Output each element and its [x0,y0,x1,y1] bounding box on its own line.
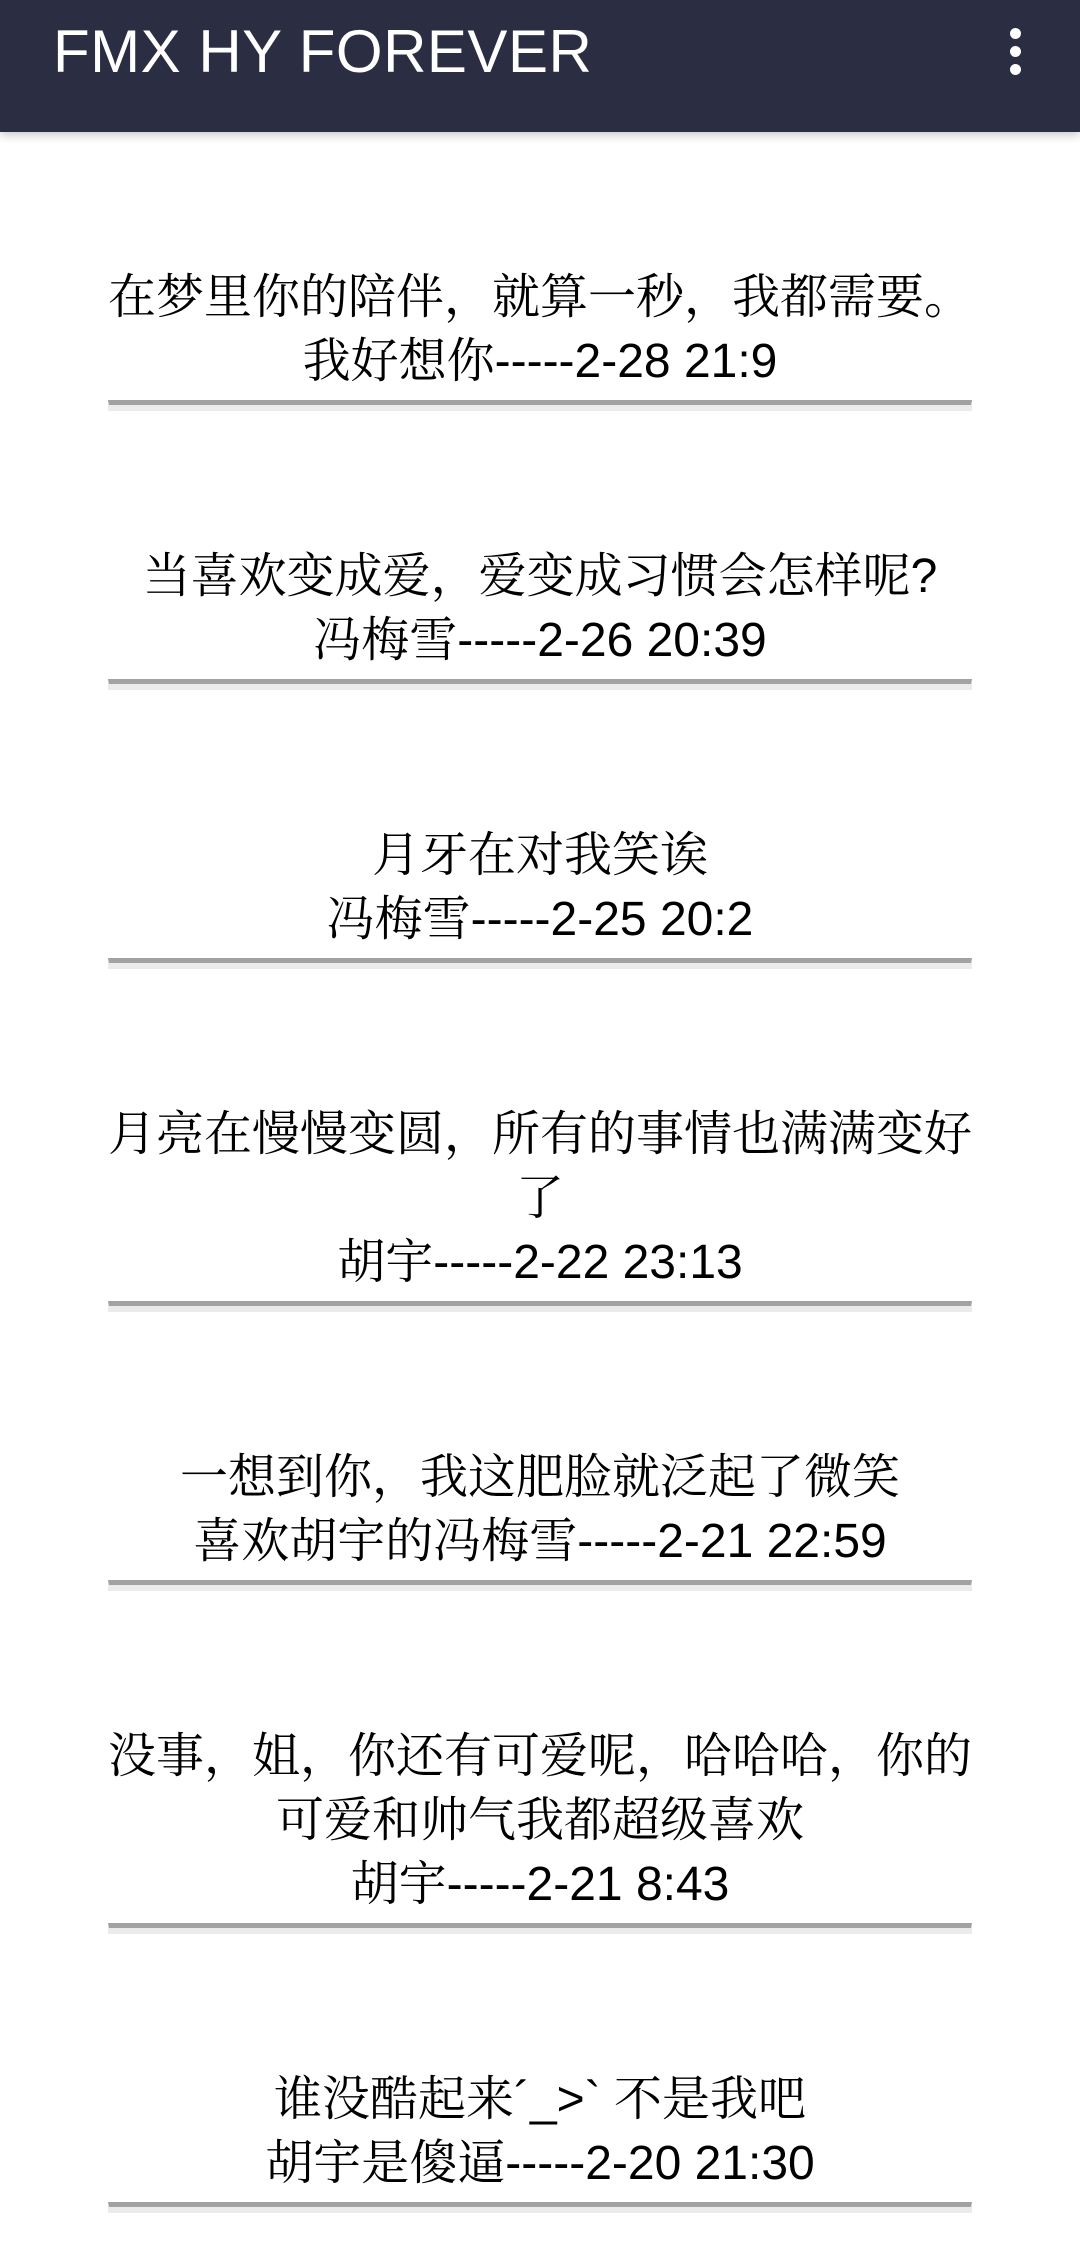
quote-text: 当喜欢变成爱，爱变成习惯会怎样呢? [104,545,976,609]
quote-signature: 胡宇-----2-22 23:13 [104,1231,976,1295]
quote-item[interactable]: 谁没酷起来´_>` 不是我吧 胡宇是傻逼-----2-20 21:30 [104,1934,976,2213]
app-root: FMX HY FOREVER 在梦里你的陪伴，就算一秒，我都需要。 我好想你--… [0,0,1080,2258]
quote-text: 没事，姐，你还有可爱呢，哈哈哈，你的可爱和帅气我都超级喜欢 [104,1725,976,1853]
page-title: FMX HY FOREVER [53,17,592,86]
quote-item[interactable]: 当喜欢变成爱，爱变成习惯会怎样呢? 冯梅雪-----2-26 20:39 [104,411,976,690]
divider [108,2202,972,2213]
quote-signature: 胡宇-----2-21 8:43 [104,1853,976,1917]
quote-text: 月亮在慢慢变圆，所有的事情也满满变好了 [104,1103,976,1231]
quote-signature: 喜欢胡宇的冯梅雪-----2-21 22:59 [104,1510,976,1574]
quote-signature: 冯梅雪-----2-26 20:39 [104,609,976,673]
quote-signature: 冯梅雪-----2-25 20:2 [104,888,976,952]
divider [108,679,972,690]
divider [108,400,972,411]
quote-text: 月牙在对我笑诶 [104,824,976,888]
quote-item[interactable]: 在梦里你的陪伴，就算一秒，我都需要。 我好想你-----2-28 21:9 [104,132,976,411]
quotes-list[interactable]: 在梦里你的陪伴，就算一秒，我都需要。 我好想你-----2-28 21:9 当喜… [0,132,1080,2258]
quote-signature: 胡宇是傻逼-----2-20 21:30 [104,2132,976,2196]
divider [108,1923,972,1934]
three-dot-menu-icon [1010,28,1021,75]
quote-item[interactable]: 没事，姐，你还有可爱呢，哈哈哈，你的可爱和帅气我都超级喜欢 胡宇-----2-2… [104,1591,976,1934]
app-bar: FMX HY FOREVER [0,0,1080,132]
divider [108,958,972,969]
overflow-menu-button[interactable] [988,0,1042,102]
divider [108,1301,972,1312]
quote-item[interactable]: 月亮在慢慢变圆，所有的事情也满满变好了 胡宇-----2-22 23:13 [104,969,976,1312]
quote-text: 谁没酷起来´_>` 不是我吧 [104,2068,976,2132]
quote-text: 一想到你，我这肥脸就泛起了微笑 [104,1446,976,1510]
quote-text: 在梦里你的陪伴，就算一秒，我都需要。 [104,266,976,330]
divider [108,1580,972,1591]
quote-item[interactable]: 一想到你，我这肥脸就泛起了微笑 喜欢胡宇的冯梅雪-----2-21 22:59 [104,1312,976,1591]
quote-item[interactable]: 月牙在对我笑诶 冯梅雪-----2-25 20:2 [104,690,976,969]
quote-signature: 我好想你-----2-28 21:9 [104,330,976,394]
